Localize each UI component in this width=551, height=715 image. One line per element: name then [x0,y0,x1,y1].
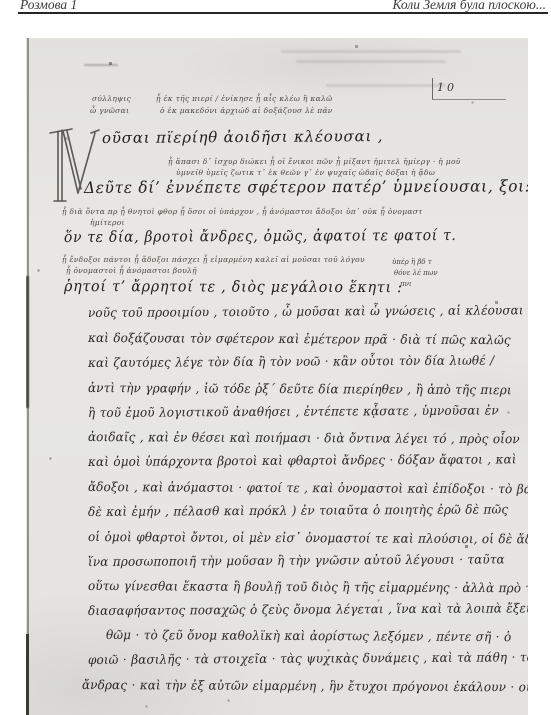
gloss-line: ἡμίτεροι [90,219,125,227]
commentary-line: θῶμ · τὸ ζεῦ ὄνομ καθολϊκὴ καὶ ἀορίστως … [106,628,511,644]
page-number-mark [432,78,433,100]
commentary-line: ἄνδρας · καὶ τὴν ἐξ αὐτῶν εἱμαρμένη , ἣν… [82,678,528,694]
gloss-line: ᾗ ἔνδοξοι πάντοι ᾗ ἄδοξοι πάσχει ᾗ εἱμαρ… [62,256,365,264]
bleed-through [296,60,446,63]
gloss-line: ὁ ἐκ μακεδόνι ἀρχιώδ αἱ δοξάζουσ λὲ πᾶν [160,107,333,115]
margin-note: θόνε λέ πων [394,270,438,278]
gloss-line: ᾗ διὰ ὄντα πρ ᾗ θνητοὶ φθορ ᾗ ὅσοι οἱ ὑπ… [62,208,423,216]
verse-line: Δεῦτε δί’ ἐννέπετε σφέτερον πατέρ’ ὑμνεί… [84,177,528,196]
margin-note: σύλληψις [92,95,131,103]
commentary-line: ἢ τοῦ ἐμοῦ λογιστικοῦ ἀναθήσει , ἐντέπετ… [88,403,499,419]
commentary-line: διασαφήσαντος ποσαχῶς ὁ ζεὺς ὄνομα λέγετ… [88,601,528,617]
gloss-line: ᾗ ἅπασι δ᾽ ἰσχυρ διώκει ᾗ οἱ ἔνικοι πῶν … [168,158,461,166]
page: { "header": { "left_title": "Розмова 1",… [0,0,551,715]
verse-line: ὅν τε δία, βροτοὶ ἄνδρες, ὁμῶς, ἀφατοί τ… [64,227,457,246]
margin-note: ὑπὲρ ἢ βδ τ [392,259,432,267]
page-edge-shadow-segment [26,276,29,408]
bleed-through [326,84,446,87]
commentary-line: ἀοιδαῖς , καὶ ἐν θέσει καὶ ποιήμασι · δι… [88,430,520,446]
commentary-line: νοῦς τοῦ προοιμίου , τοιοῦτο , ὦ μοῦσαι … [88,303,524,319]
commentary-line: δὲ καὶ ἐμήν , πέλασθ καὶ πρόκλ ) ἐν τοια… [88,502,508,518]
commentary-line: φοιῶ · βασιλῆς · τὰ στοιχεῖα · τὰς ψυχικ… [88,650,528,667]
verse-line: οῦσαι πϊερίηθ ἀοιδῆσι κλέουσαι , [102,128,383,146]
verse-line: ῥητοί τ’ ἄρρητοί τε , διὸς μεγάλοιο ἕκητ… [64,278,403,296]
commentary-line: καὶ ὁμοὶ ὑπάρχοντα βροτοὶ καὶ φθαρτοὶ ἄν… [88,452,517,468]
margin-note: ὦ γνῶσαι [90,107,129,115]
commentary-line: ἀντὶ τὴν γραφήν , ἰῶ τόδε ῥξ΄ δεῦτε δία … [88,381,512,397]
commentary-line: ἄδοξοι , καὶ ἀνόμαστοι · φατοί τε , καὶ … [88,480,528,496]
commentary-line: οἱ ὁμοὶ φθαρτοὶ ὄντοι, οἱ μὲν εἰσ᾽ ὀνομα… [88,530,528,546]
commentary-line: οὕτω γίνεσθαι ἕκαστα ἢ βουλῇ τοῦ διὸς ἢ … [88,579,528,595]
pencil-mark [84,64,118,66]
header-rule [18,12,548,14]
page-number-mark [432,99,506,100]
margin-note: πνι [400,281,412,289]
manuscript-scan: 10 σύλληψις ὦ γνῶσαι ᾗ ἐκ τῆς πιερί / ἐν… [26,38,528,715]
gloss-line: ᾗ ἐκ τῆς πιερί / ἐνίκησε ᾗ αἷς κλέω ἢ κα… [156,95,332,103]
paper-speckles [26,38,27,39]
commentary-line: ἵνα προσωποποιῆ τὴν μοῦσαν ἢ τὴν γνῶσιν … [88,552,505,568]
page-edge-shadow-segment [26,634,29,715]
commentary-line: καὶ ζαυτόμες λέγε τὸν δία ἢ τὸν νοῶ · κἂ… [88,354,494,370]
gloss-line: ᾗ ὀνομαστοὶ ᾗ ἀνόμαστοι βουλῇ [66,267,197,275]
commentary-line: καὶ δοξάζουσαι τὸν σφέτερον καὶ ἐμέτερον… [88,331,511,347]
page-number: 10 [437,82,457,93]
bleed-through [281,50,461,53]
